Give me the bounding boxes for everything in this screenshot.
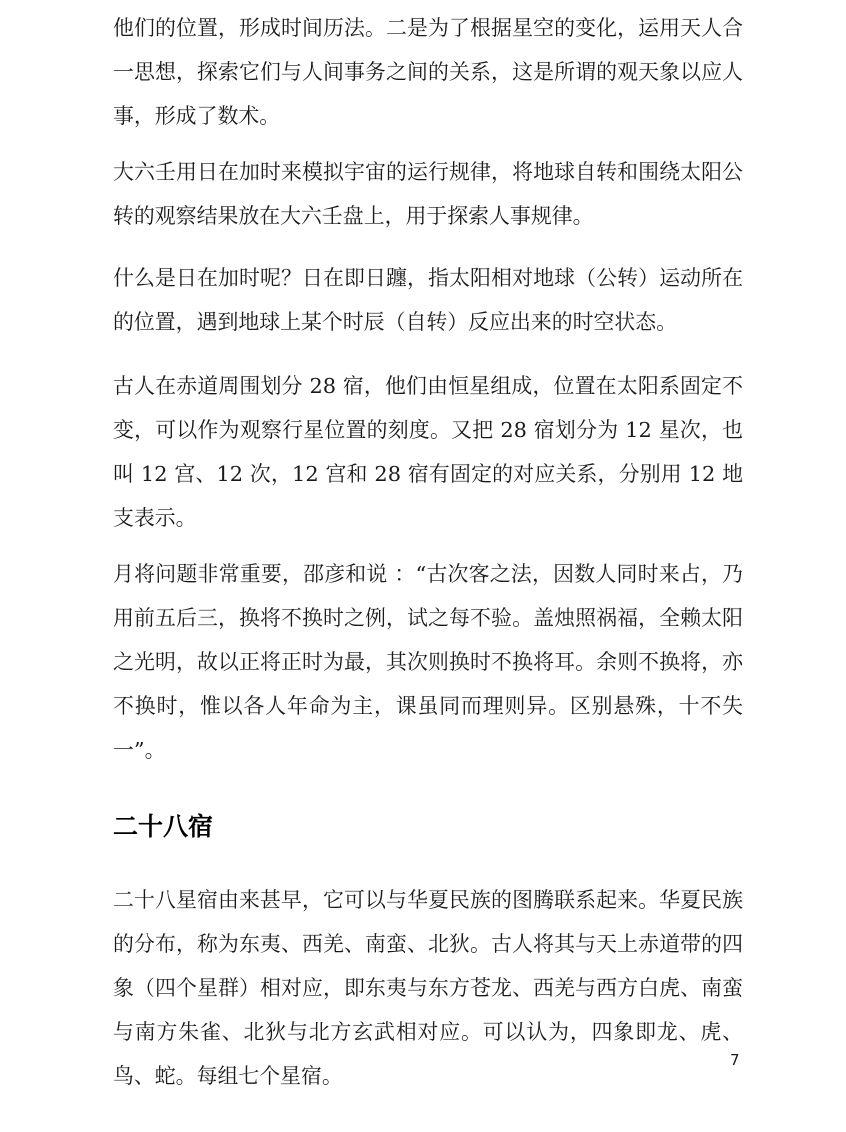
paragraph-daliuren: 大六壬用日在加时来模拟宇宙的运行规律，将地球自转和围绕太阳公转的观察结果放在大六… bbox=[113, 150, 743, 238]
paragraph-28-mansions-origin: 二十八星宿由来甚早，它可以与华夏民族的图腾联系起来。华夏民族的分布，称为东夷、西… bbox=[113, 878, 743, 1098]
document-page: 他们的位置，形成时间历法。二是为了根据星空的变化，运用天人合一思想，探索它们与人… bbox=[0, 0, 846, 1132]
page-number: 7 bbox=[730, 1050, 740, 1070]
paragraph-rizaijiashi: 什么是日在加时呢？日在即日躔，指太阳相对地球（公转）运动所在的位置，遇到地球上某… bbox=[113, 256, 743, 344]
paragraph-yuejiang-quote: 月将问题非常重要，邵彦和说 ：“古次客之法，因数人同时来占，乃用前五后三，换将不… bbox=[113, 552, 743, 772]
paragraph-28-mansions-scale: 古人在赤道周围划分 28 宿，他们由恒星组成，位置在太阳系固定不变，可以作为观察… bbox=[113, 364, 743, 540]
paragraph-time-calendar: 他们的位置，形成时间历法。二是为了根据星空的变化，运用天人合一思想，探索它们与人… bbox=[113, 6, 743, 138]
section-heading-ershibaxiu: 二十八宿 bbox=[113, 810, 743, 844]
text-column: 他们的位置，形成时间历法。二是为了根据星空的变化，运用天人合一思想，探索它们与人… bbox=[113, 6, 743, 1098]
